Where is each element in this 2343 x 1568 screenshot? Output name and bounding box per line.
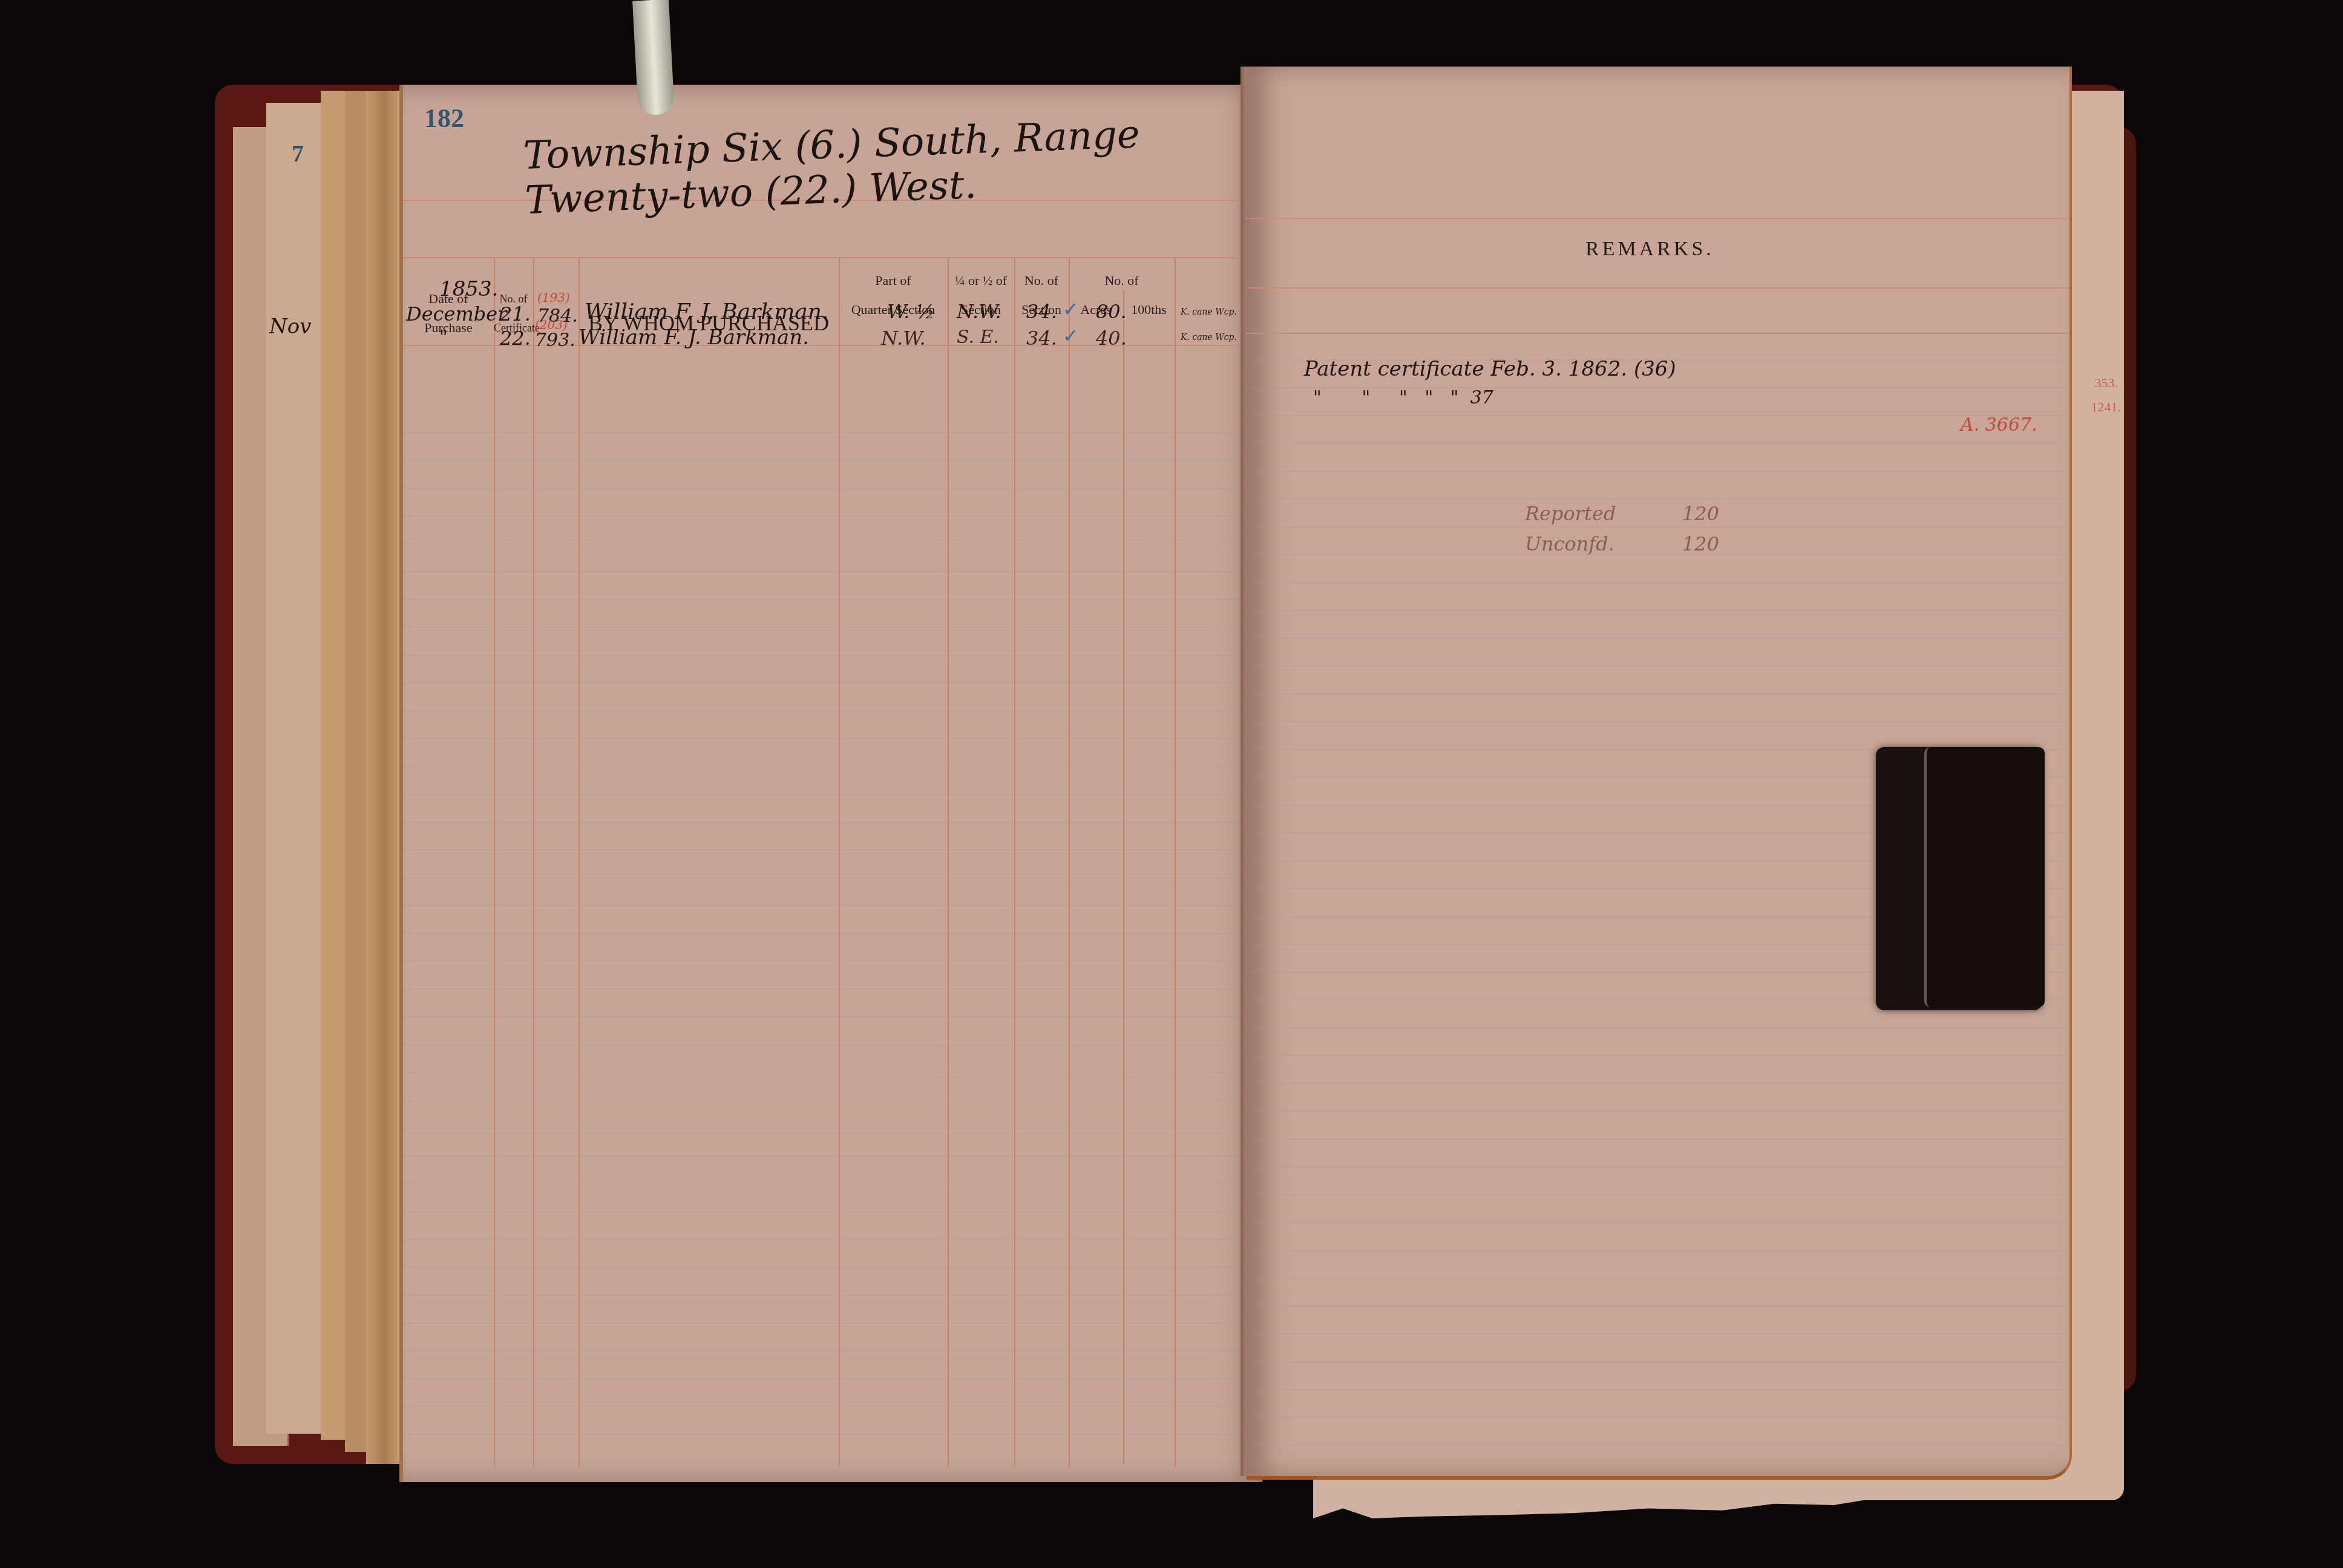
edge-annotation: 353. xyxy=(2095,375,2119,391)
remark-line: " " " " " 37 xyxy=(1313,387,1493,408)
column-divider xyxy=(1123,290,1124,1464)
edge-fragment: Nov xyxy=(269,315,311,339)
entry-purchaser: William F. J. Barkman. xyxy=(585,299,828,324)
red-annotation: A. 3667. xyxy=(1961,414,2037,436)
column-divider xyxy=(948,257,949,1467)
column-divider xyxy=(533,257,534,1467)
pencil-note-label: Reported xyxy=(1525,502,1616,525)
pencil-note-value: 120 xyxy=(1682,502,1719,525)
header-rule xyxy=(403,257,1262,258)
entry-part-of-quarter: W. ½ xyxy=(887,300,935,323)
entry-purchaser: William F. J. Barkman. xyxy=(578,325,809,350)
check-mark-icon: ✓ xyxy=(1063,298,1079,321)
page-stack-layer xyxy=(366,91,404,1464)
entry-year: 1853. xyxy=(439,277,498,301)
entry-section: 34. xyxy=(1026,300,1057,323)
entry-quarter-or-half: N.W. xyxy=(957,300,1001,323)
township-heading: Township Six (6.) South, Range Twenty-tw… xyxy=(523,108,1251,223)
ruled-lines xyxy=(403,405,1262,1464)
page-stack-tab: 7 Nov xyxy=(266,103,326,1434)
entry-certificate-red: (193) xyxy=(537,290,570,305)
column-divider xyxy=(1175,257,1176,1467)
entry-acres: 80. xyxy=(1096,300,1127,323)
header-rule xyxy=(1247,287,2069,289)
check-mark-icon: ✓ xyxy=(1063,324,1079,347)
column-divider xyxy=(578,257,580,1467)
pencil-note-label: Unconfd. xyxy=(1525,532,1614,555)
edge-annotation: 1241. xyxy=(2091,399,2122,415)
entry-part-of-quarter: N.W. xyxy=(881,327,926,350)
col-acres-header: No. of xyxy=(1069,266,1175,295)
remark-line: Patent certificate Feb. 3. 1862. (36) xyxy=(1304,357,1676,381)
remarks-title: REMARKS. xyxy=(1585,238,1714,261)
entry-month: December xyxy=(406,302,507,325)
entry-day: 22. xyxy=(500,327,531,350)
entry-day: 21. xyxy=(500,302,531,325)
pencil-note-value: 120 xyxy=(1682,532,1719,555)
tab-number: 7 xyxy=(292,139,304,168)
page-stack-layer xyxy=(321,91,347,1440)
column-divider xyxy=(839,257,840,1467)
column-divider xyxy=(1014,257,1015,1467)
header-rule xyxy=(1247,218,2069,219)
paperweight-top xyxy=(1924,747,2045,1007)
metal-page-clip xyxy=(632,0,675,116)
entry-month: " xyxy=(439,327,448,348)
header-rule-bottom xyxy=(403,345,1262,346)
col-100ths: 100ths xyxy=(1123,295,1175,324)
entry-section: 34. xyxy=(1026,327,1057,350)
entry-acres: 40. xyxy=(1096,327,1127,350)
left-ledger-page: 182 Township Six (6.) South, Range Twent… xyxy=(399,85,1262,1482)
entry-quarter-or-half: S. E. xyxy=(957,327,999,348)
column-divider xyxy=(494,257,495,1467)
header-rule xyxy=(1247,333,2069,334)
column-divider xyxy=(1069,257,1070,1467)
entry-note: K. cane Wcp. xyxy=(1181,333,1237,342)
entry-note: K. cane Wcp. xyxy=(1181,307,1237,317)
entry-certificate: 793. xyxy=(535,330,575,351)
page-number: 182 xyxy=(424,103,464,134)
